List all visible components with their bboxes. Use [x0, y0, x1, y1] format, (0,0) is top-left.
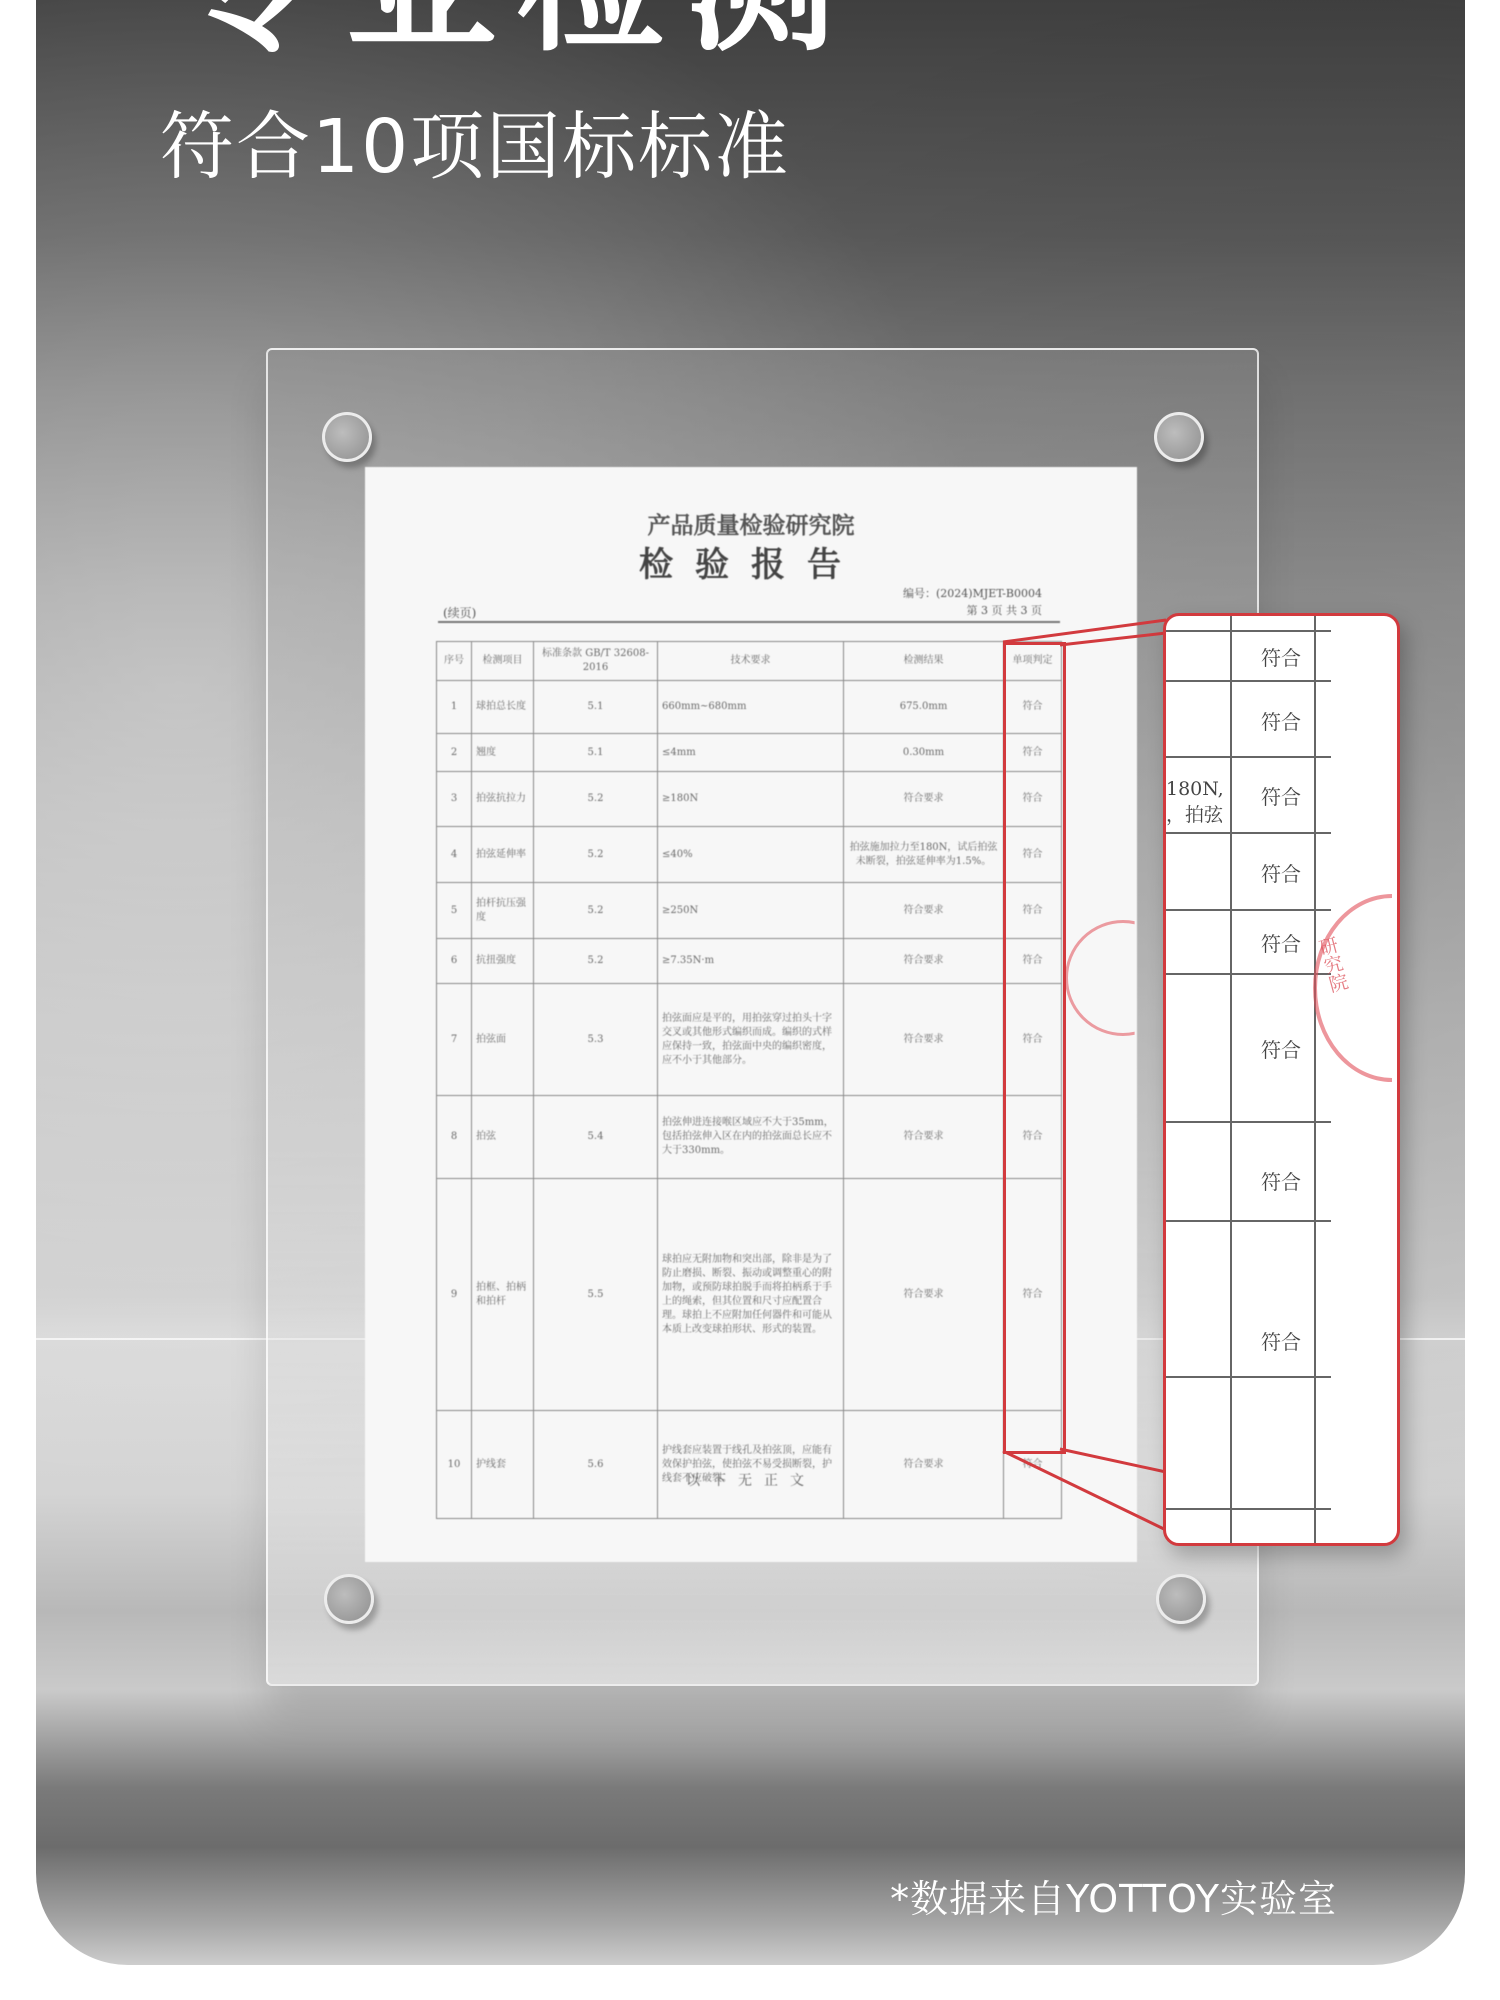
- standard-clause: 5.2: [534, 772, 658, 827]
- column-header: 序号: [437, 642, 472, 681]
- table-row: 6抗扭强度5.2≥7.35N·m符合要求符合: [437, 939, 1062, 984]
- technical-requirement: 拍弦伸进连接喉区域应不大于35mm，包括拍弦伸入区在内的拍弦面总长应不大于330…: [658, 1096, 844, 1179]
- test-item: 拍弦抗拉力: [472, 772, 534, 827]
- standard-clause: 5.2: [534, 883, 658, 939]
- standard-clause: 5.5: [534, 1179, 658, 1411]
- technical-requirement: ≥250N: [658, 883, 844, 939]
- table-row: 3拍弦抗拉力5.2≥180N符合要求符合: [437, 772, 1062, 827]
- technical-requirement: 拍弦面应是平的，用拍弦穿过拍头十字交叉或其他形式编织而成。编织的式样应保持一致，…: [658, 984, 844, 1096]
- standard-clause: 5.2: [534, 939, 658, 984]
- row-index: 9: [437, 1179, 472, 1411]
- row-index: 7: [437, 984, 472, 1096]
- technical-requirement: ≤4mm: [658, 734, 844, 772]
- row-index: 6: [437, 939, 472, 984]
- callout-row-line: [1166, 909, 1331, 911]
- callout-row-line: [1166, 630, 1331, 632]
- test-item: 护线套: [472, 1411, 534, 1519]
- technical-requirement: 660mm~680mm: [658, 681, 844, 734]
- callout-row-line: [1166, 1376, 1331, 1378]
- technical-requirement: ≥7.35N·m: [658, 939, 844, 984]
- standard-clause: 5.1: [534, 734, 658, 772]
- test-result: 0.30mm: [844, 734, 1004, 772]
- verdict-cell: 符合: [1236, 1326, 1326, 1355]
- report-number: 编号：(2024)MJET-B0004: [903, 585, 1042, 602]
- report-table: 序号 检测项目 标准条款 GB/T 32608-2016 技术要求 检测结果 单…: [436, 641, 1062, 1519]
- screw-icon: [1156, 1574, 1206, 1624]
- standard-clause: 5.3: [534, 984, 658, 1096]
- report-page: 第 3 页 共 3 页: [903, 602, 1042, 619]
- test-item: 拍弦面: [472, 984, 534, 1096]
- overflow-line: 180N,: [1166, 776, 1224, 802]
- verdict-cell: 符合: [1236, 858, 1326, 887]
- overflow-line: ，拍弦: [1166, 802, 1224, 828]
- test-result: 符合要求: [844, 1096, 1004, 1179]
- report-end-note: 以下无正文: [365, 1470, 1137, 1490]
- table-header-row: 序号 检测项目 标准条款 GB/T 32608-2016 技术要求 检测结果 单…: [437, 642, 1062, 681]
- row-index: 10: [437, 1411, 472, 1519]
- row-index: 5: [437, 883, 472, 939]
- test-item: 球拍总长度: [472, 681, 534, 734]
- page-subtitle: 符合10项国标标准: [160, 88, 790, 194]
- test-item: 翘度: [472, 734, 534, 772]
- callout-row-line: [1166, 832, 1331, 834]
- column-header: 标准条款 GB/T 32608-2016: [534, 642, 658, 681]
- data-source-note: *数据来自YOTTOY实验室: [890, 1868, 1337, 1923]
- verdict-cell: 符合: [1236, 1166, 1326, 1195]
- test-result: 符合要求: [844, 883, 1004, 939]
- verdict-cell: 符合: [1236, 1034, 1326, 1063]
- technical-requirement: ≤40%: [658, 827, 844, 883]
- table-row: 2翘度5.1≤4mm0.30mm符合: [437, 734, 1062, 772]
- verdict-cell: 符合: [1236, 781, 1326, 810]
- verdict-cell: 符合: [1236, 706, 1326, 735]
- callout-row-line: [1166, 756, 1331, 758]
- column-header: 检测结果: [844, 642, 1004, 681]
- report-number-block: 编号：(2024)MJET-B0004 第 3 页 共 3 页: [903, 585, 1042, 619]
- callout-row-line: [1166, 1508, 1331, 1510]
- page-title: 专业检测: [176, 0, 856, 60]
- column-header: 检测项目: [472, 642, 534, 681]
- row-index: 4: [437, 827, 472, 883]
- table-row: 9拍框、拍柄和拍杆5.5球拍应无附加物和突出部，除非是为了防止磨损、断裂、振动或…: [437, 1179, 1062, 1411]
- test-item: 拍弦: [472, 1096, 534, 1179]
- standard-clause: 5.4: [534, 1096, 658, 1179]
- screw-icon: [322, 412, 372, 462]
- test-result: 符合要求: [844, 984, 1004, 1096]
- technical-requirement: 护线套应装置于线孔及拍弦顶，应能有效保护拍弦，使拍弦不易受损断裂，护线套不应破裂…: [658, 1411, 844, 1519]
- callout-row-line: [1166, 680, 1331, 682]
- row-index: 3: [437, 772, 472, 827]
- table-row: 7拍弦面5.3拍弦面应是平的，用拍弦穿过拍头十字交叉或其他形式编织而成。编织的式…: [437, 984, 1062, 1096]
- row-index: 8: [437, 1096, 472, 1179]
- report-title: 检验报告: [365, 537, 1137, 586]
- test-result: 符合要求: [844, 772, 1004, 827]
- table-row: 8拍弦5.4拍弦伸进连接喉区域应不大于35mm，包括拍弦伸入区在内的拍弦面总长应…: [437, 1096, 1062, 1179]
- table-row: 4拍弦延伸率5.2≤40%拍弦施加拉力至180N，试后拍弦未断裂，拍弦延伸率为1…: [437, 827, 1062, 883]
- screw-icon: [1154, 412, 1204, 462]
- row-index: 2: [437, 734, 472, 772]
- screw-icon: [324, 1574, 374, 1624]
- callout-row-line: [1166, 1121, 1331, 1123]
- standard-clause: 5.6: [534, 1411, 658, 1519]
- technical-requirement: ≥180N: [658, 772, 844, 827]
- test-result: 符合要求: [844, 1411, 1004, 1519]
- verdict-cell: 符合: [1236, 642, 1326, 671]
- verdict-column-highlight: [1003, 642, 1066, 1454]
- test-result: 675.0mm: [844, 681, 1004, 734]
- report-continuation: (续页): [443, 604, 476, 621]
- test-item: 抗扭强度: [472, 939, 534, 984]
- callout-row-line: [1166, 973, 1331, 975]
- report-divider: [438, 621, 1060, 623]
- technical-requirement: 球拍应无附加物和突出部，除非是为了防止磨损、断裂、振动或调整重心的附加物，或预防…: [658, 1179, 844, 1411]
- verdict-zoom-callout: 符合 符合 180N, ，拍弦 符合 符合 符合 符合 符合 符合 研究院: [1163, 613, 1400, 1546]
- row-index: 1: [437, 681, 472, 734]
- test-result: 符合要求: [844, 1179, 1004, 1411]
- table-row: 1球拍总长度5.1660mm~680mm675.0mm符合: [437, 681, 1062, 734]
- test-result: 拍弦施加拉力至180N，试后拍弦未断裂，拍弦延伸率为1.5%。: [844, 827, 1004, 883]
- table-row: 5拍杆抗压强度5.2≥250N符合要求符合: [437, 883, 1062, 939]
- standard-clause: 5.1: [534, 681, 658, 734]
- requirement-overflow: 180N, ，拍弦: [1166, 776, 1224, 828]
- report-organization: 产品质量检验研究院: [365, 507, 1137, 540]
- test-item: 拍框、拍柄和拍杆: [472, 1179, 534, 1411]
- test-result: 符合要求: [844, 939, 1004, 984]
- test-item: 拍弦延伸率: [472, 827, 534, 883]
- column-header: 技术要求: [658, 642, 844, 681]
- callout-row-line: [1166, 1220, 1331, 1222]
- table-row: 10护线套5.6护线套应装置于线孔及拍弦顶，应能有效保护拍弦，使拍弦不易受损断裂…: [437, 1411, 1062, 1519]
- standard-clause: 5.2: [534, 827, 658, 883]
- test-item: 拍杆抗压强度: [472, 883, 534, 939]
